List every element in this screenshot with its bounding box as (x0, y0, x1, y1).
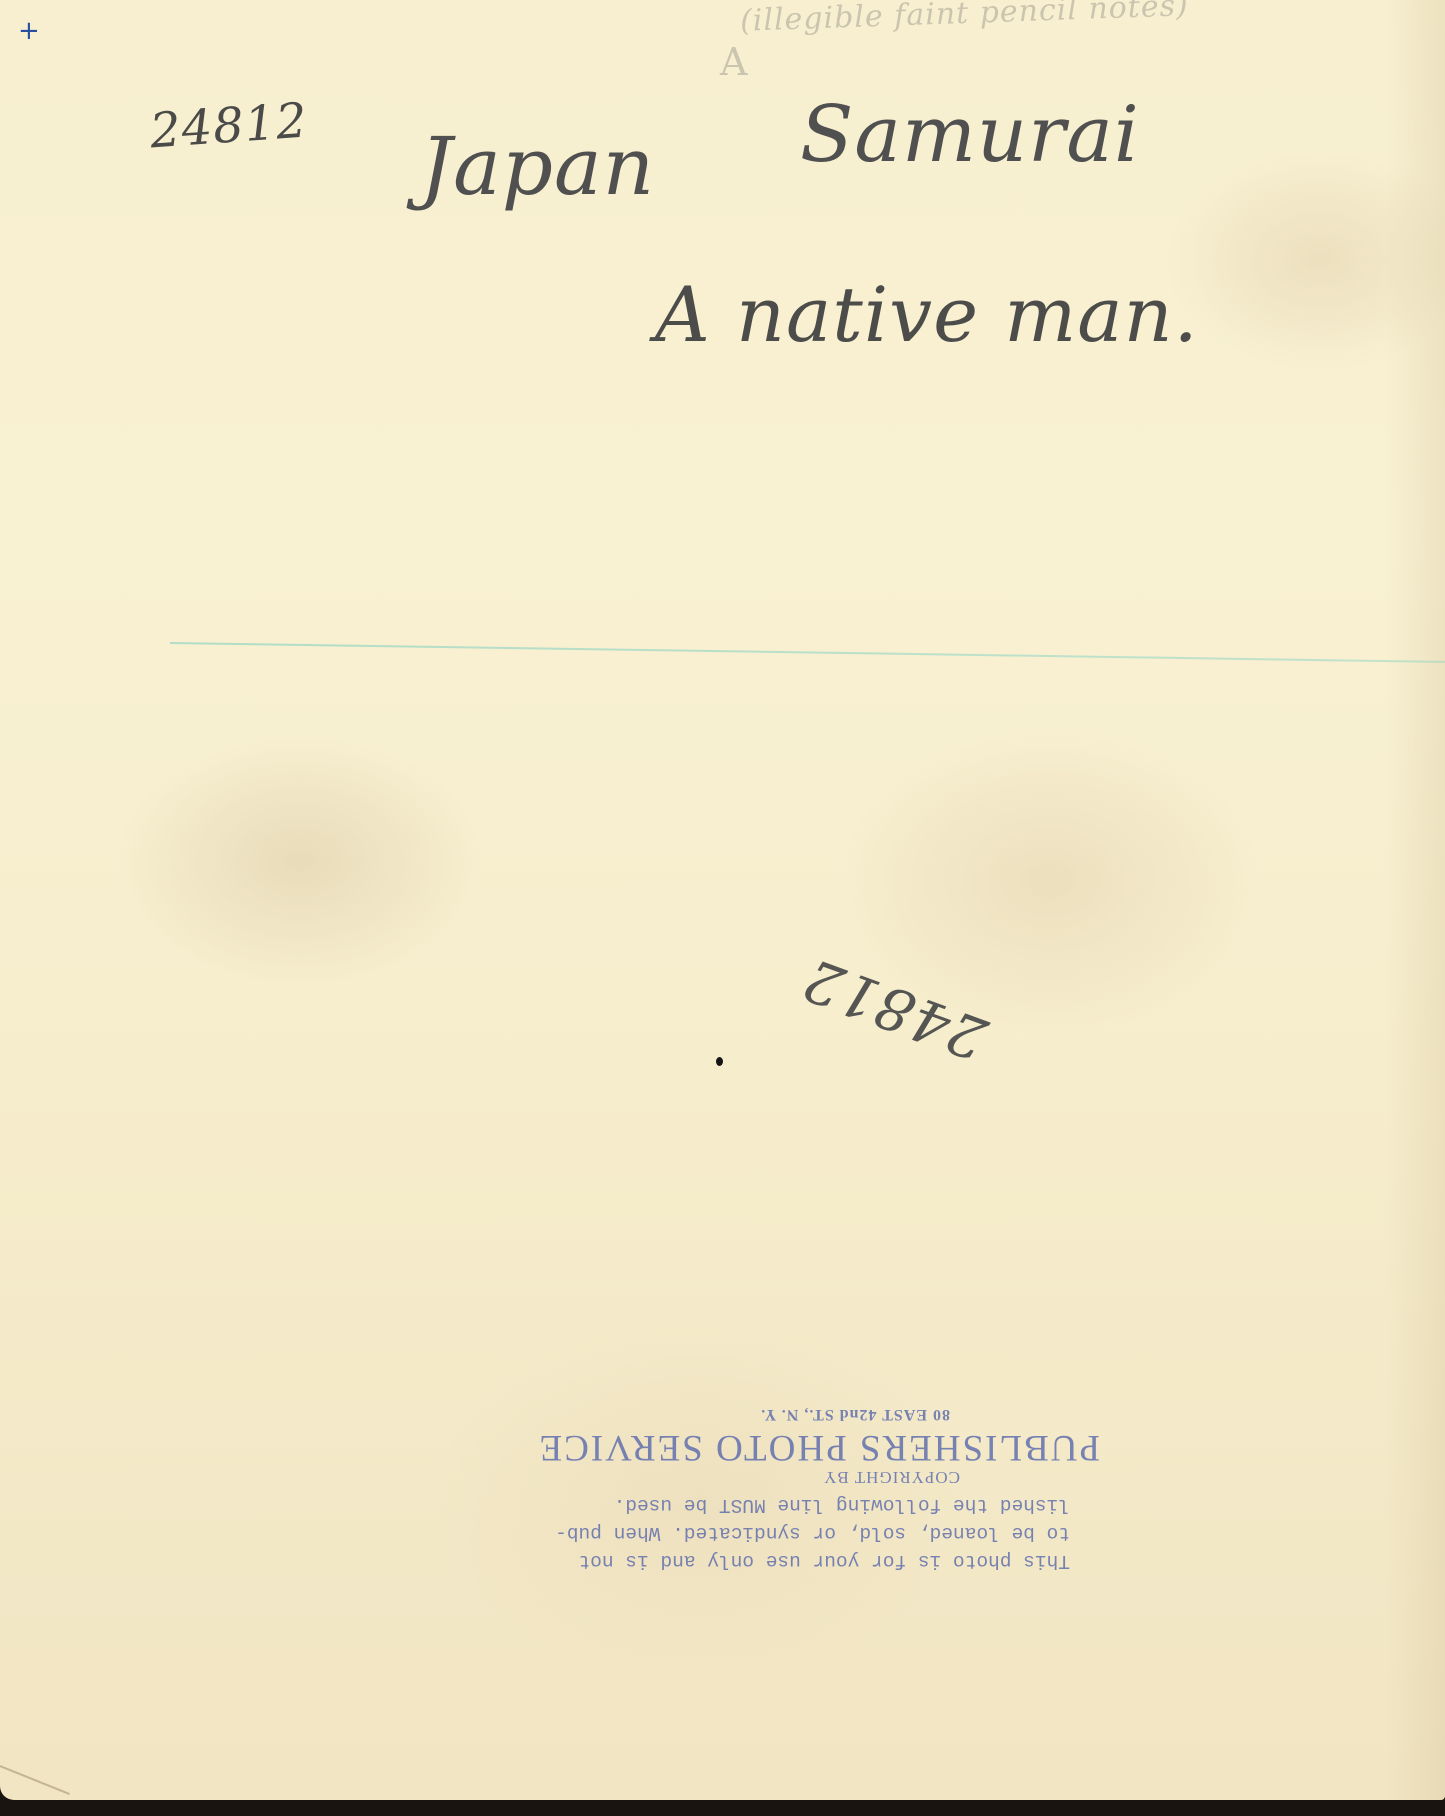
photo-back-sheet: + (illegible faint pencil notes) A 24812… (0, 0, 1445, 1800)
stamp-address: 80 EAST 42nd ST., N. Y. (420, 1405, 1100, 1423)
faint-pencil-letter: A (720, 40, 748, 84)
corner-crease (0, 1765, 70, 1795)
green-rule-line (170, 642, 1445, 663)
stamp-copyright-label: COPYRIGHT BY (420, 1467, 1100, 1487)
stamp-line-3: lished the following line MUST be used. (420, 1491, 1100, 1519)
publisher-stamp: This photo is for your use only and is n… (420, 1405, 1100, 1575)
handwritten-title-japan: Japan (420, 120, 655, 213)
faint-pencil-notes: (illegible faint pencil notes) (740, 0, 1190, 39)
handwritten-title-samurai: Samurai (800, 90, 1140, 180)
blue-cross-mark: + (18, 18, 40, 44)
catalog-number-handwritten: 24812 (148, 93, 309, 160)
stamp-line-2: to be loaned, sold, or syndicated. When … (420, 1519, 1100, 1547)
handwritten-caption: A native man. (655, 270, 1199, 359)
ink-dot (716, 1057, 723, 1066)
catalog-number-inverted: 24812 (794, 945, 995, 1074)
edge-shading (1385, 0, 1445, 1800)
stamp-line-1: This photo is for your use only and is n… (420, 1547, 1100, 1575)
stamp-company-name: PUBLISHERS PHOTO SERVICE (420, 1427, 1100, 1467)
